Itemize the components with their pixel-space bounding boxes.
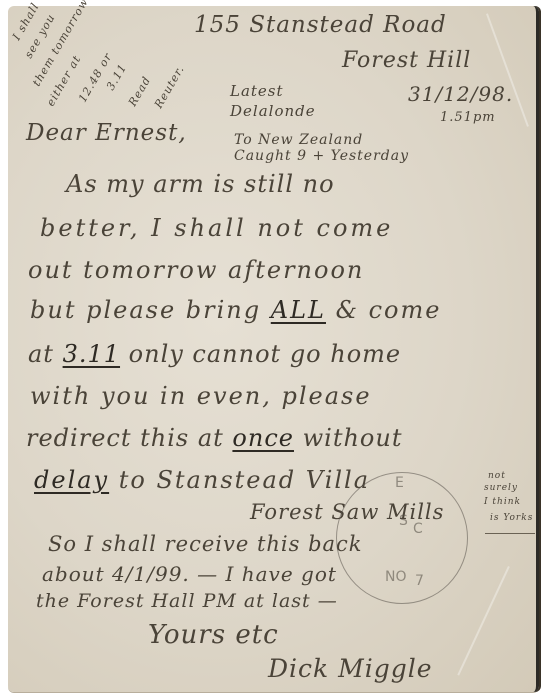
aside-line-3: To New Zealand — [234, 132, 363, 148]
body-line: delay to Stanstead Villa — [34, 466, 370, 494]
body-line: redirect this at once without — [26, 424, 402, 452]
signature: Dick Miggle — [268, 654, 433, 683]
margin-note-line: I think — [484, 496, 521, 509]
aside-line-2: Delalonde — [230, 102, 316, 120]
postmark-letter: NO — [385, 569, 407, 585]
aside-line-4: Caught 9 + Yesterday — [234, 148, 409, 164]
margin-note-line: is Yorks — [490, 512, 533, 525]
postcard: I shall see you them tomorrow either at … — [8, 6, 539, 692]
time: 1.51pm — [440, 110, 496, 125]
underlined-word: once — [232, 424, 294, 452]
underlined-word: ALL — [271, 296, 326, 324]
postmark-letter: C — [413, 521, 423, 537]
date: 31/12/98. — [408, 82, 513, 106]
body-line: better, I shall not come — [40, 214, 393, 242]
postmark-letter: S — [399, 513, 408, 529]
body-line: about 4/1/99. — I have got — [42, 562, 337, 586]
underlined-word: 3.11 — [63, 340, 120, 368]
closing: Yours etc — [148, 620, 279, 650]
body-line: at 3.11 only cannot go home — [28, 340, 401, 368]
underlined-word: delay — [34, 466, 109, 494]
body-line: the Forest Hall PM at last — — [36, 590, 338, 612]
salutation: Dear Ernest, — [26, 120, 187, 146]
body-line: but please bring ALL & come — [30, 296, 441, 324]
margin-note-line: surely — [484, 482, 518, 495]
body-line: As my arm is still no — [66, 170, 335, 198]
aside-line-1: Latest — [230, 82, 284, 100]
crease-line — [457, 566, 510, 676]
corner-note-line: Reuter. — [152, 63, 187, 111]
body-line: with you in even, please — [30, 382, 372, 410]
address-line-2: Forest Hill — [342, 48, 471, 73]
address-line-1: 155 Stanstead Road — [194, 12, 447, 38]
body-line: So I shall receive this back — [48, 532, 363, 556]
postmark-letter: 7 — [415, 573, 424, 589]
corner-note-line: Read — [126, 74, 153, 109]
postmark-letter: E — [395, 475, 404, 491]
margin-note-rule — [485, 533, 535, 534]
body-line: out tomorrow afternoon — [28, 256, 364, 284]
postmark-stamp: E S C NO 7 — [336, 472, 468, 604]
